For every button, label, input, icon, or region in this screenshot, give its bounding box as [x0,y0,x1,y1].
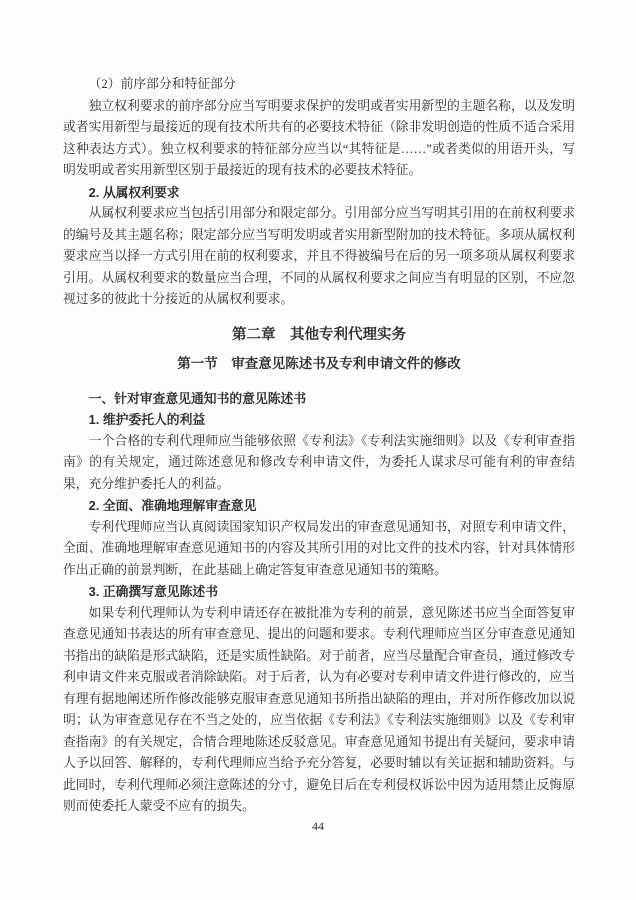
page-number: 44 [0,819,636,834]
point-3-heading: 3. 正确撰写意见陈述书 [63,581,575,603]
paragraph-point-1: 一个合格的专利代理师应当能够依照《专利法》《专利法实施细则》以及《专利审查指南》… [63,431,575,496]
page-body-text: （2）前序部分和特征部分 独立权利要求的前序部分应当写明要求保护的发明或者实用新… [63,74,575,818]
document-page: （2）前序部分和特征部分 独立权利要求的前序部分应当写明要求保护的发明或者实用新… [0,0,636,900]
paragraph-independent-claim-preamble: 独立权利要求的前序部分应当写明要求保护的发明或者实用新型的主题名称，以及发明或者… [63,96,575,182]
point-1-heading: 1. 维护委托人的利益 [63,409,575,431]
paragraph-dependent-claims: 从属权利要求应当包括引用部分和限定部分。引用部分应当写明其引用的在前权利要求的编… [63,203,575,311]
section-heading: 第一节 审查意见陈述书及专利申请文件的修改 [63,353,575,375]
chapter-heading: 第二章 其他专利代理实务 [63,323,575,347]
paragraph-point-3: 如果专利代理师认为专利申请还存在被批准为专利的前景，意见陈述书应当全面答复审查意… [63,603,575,818]
subsection-1-heading: 一、针对审查意见通知书的意见陈述书 [63,388,575,410]
point-2-heading: 2. 全面、准确地理解审查意见 [63,495,575,517]
paragraph-point-2: 专利代理师应当认真阅读国家知识产权局发出的审查意见通知书，对照专利申请文件，全面… [63,517,575,582]
heading-dependent-claims: 2. 从属权利要求 [63,182,575,204]
subsection-heading-preamble-characterizing: （2）前序部分和特征部分 [63,74,575,96]
